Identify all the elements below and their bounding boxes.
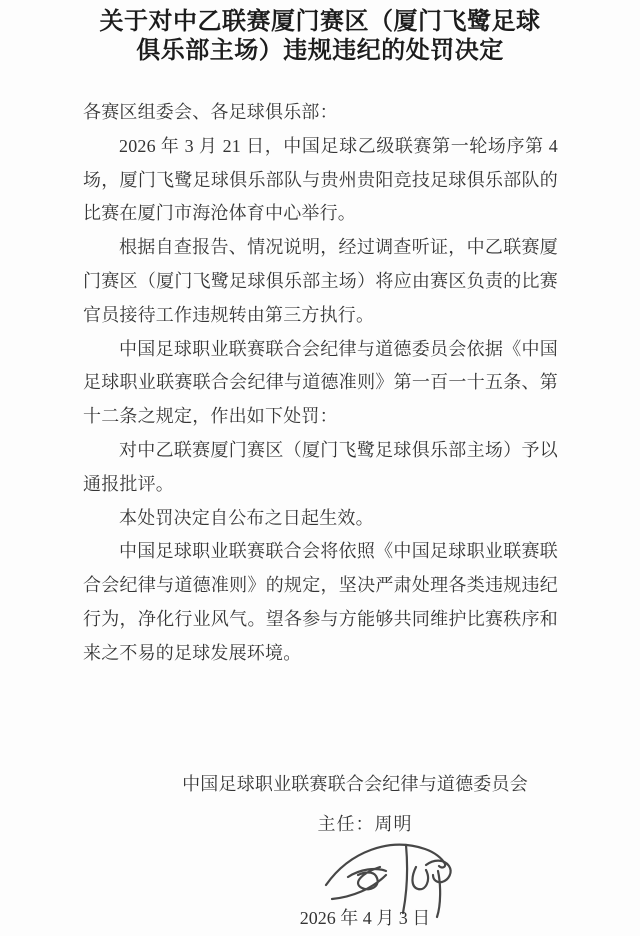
paragraph-legal-basis: 中国足球职业联赛联合会纪律与道德委员会依据《中国足球职业联赛联合会纪律与道德准则…: [83, 333, 558, 434]
document-page: 关于对中乙联赛厦门赛区（厦门飞鹭足球 俱乐部主场）违规违纪的处罚决定 各赛区组委…: [0, 0, 640, 936]
signoff-organization: 中国足球职业联赛联合会纪律与道德委员会: [0, 770, 640, 796]
signature-stroke-center-vertical: [403, 845, 407, 913]
salutation: 各赛区组委会、各足球俱乐部：: [83, 96, 558, 130]
paragraph-punishment: 对中乙联赛厦门赛区（厦门飞鹭足球俱乐部主场）予以通报批评。: [83, 434, 558, 502]
paragraph-match-info: 2026 年 3 月 21 日，中国足球乙级联赛第一轮场序第 4 场，厦门飞鹭足…: [83, 130, 558, 231]
paragraph-effective-date: 本处罚决定自公布之日起生效。: [83, 502, 558, 536]
paragraph-violation-finding: 根据自查报告、情况说明，经过调查听证，中乙联赛厦门赛区（厦门飞鹭足球俱乐部主场）…: [83, 231, 558, 332]
title-line-1: 关于对中乙联赛厦门赛区（厦门飞鹭足球: [0, 8, 640, 37]
paragraph-closing-statement: 中国足球职业联赛联合会将依照《中国足球职业联赛联合会纪律与道德准则》的规定，坚决…: [83, 535, 558, 670]
document-body: 各赛区组委会、各足球俱乐部： 2026 年 3 月 21 日，中国足球乙级联赛第…: [83, 96, 558, 671]
signoff-signer-title: 主任：周明: [0, 810, 640, 836]
document-title: 关于对中乙联赛厦门赛区（厦门飞鹭足球 俱乐部主场）违规违纪的处罚决定: [0, 0, 640, 66]
title-line-2: 俱乐部主场）违规违纪的处罚决定: [0, 37, 640, 66]
signature-stroke-right-hump: [412, 867, 428, 889]
signoff-date: 2026 年 4 月 3 日: [0, 904, 640, 930]
